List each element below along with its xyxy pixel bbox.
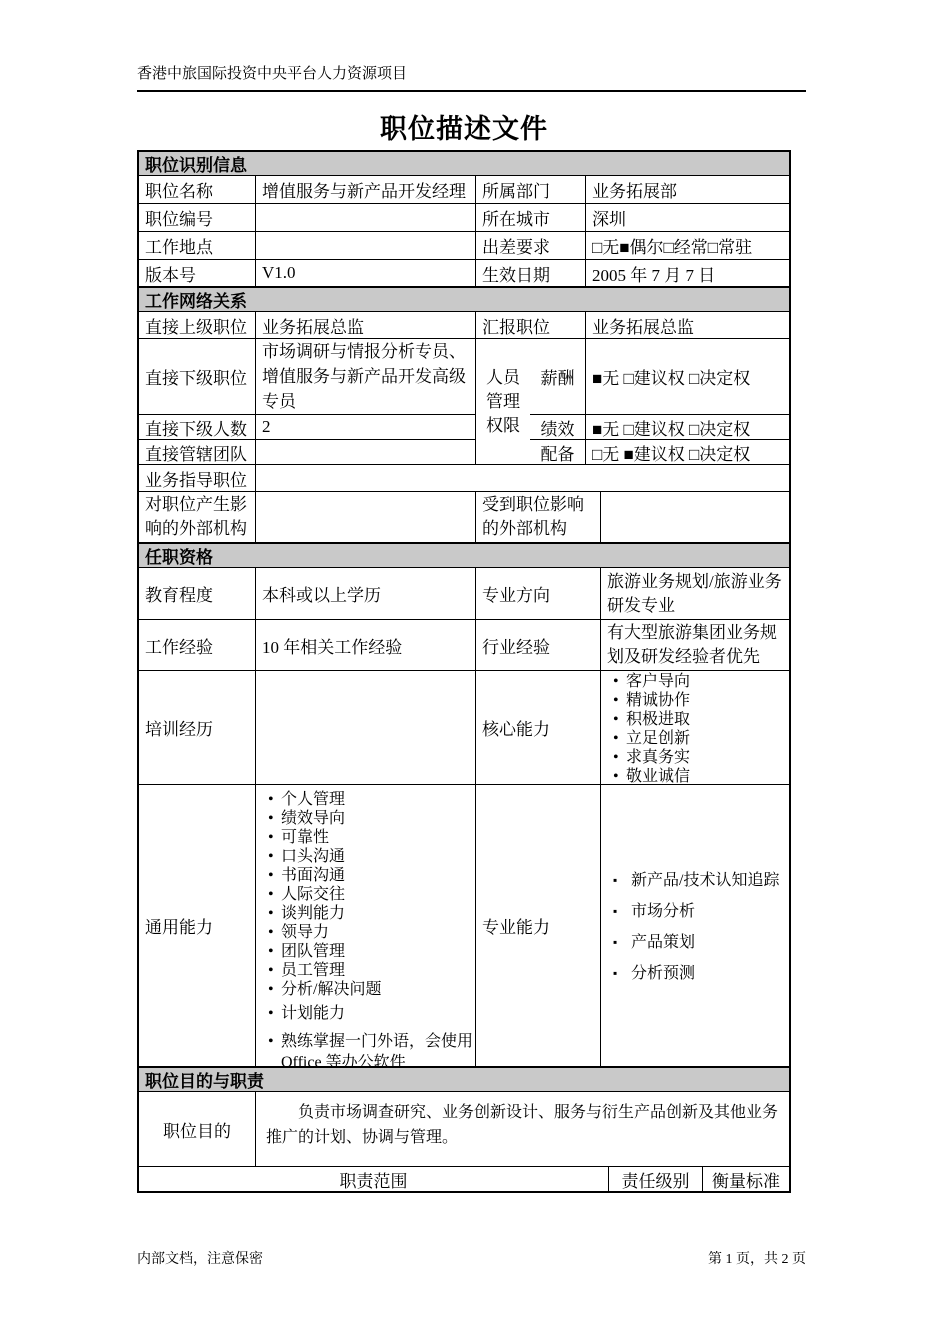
list-item: 新产品/技术认知追踪 xyxy=(611,865,787,896)
list-item: 谈判能力 xyxy=(266,904,473,923)
list-item: 产品策划 xyxy=(611,927,787,958)
table-row-guidance-position: 业务指导职位 xyxy=(139,464,789,491)
list-item: 分析/解决问题 xyxy=(266,980,473,999)
field-label-department: 所属部门 xyxy=(475,176,585,203)
field-value-work-experience: 10 年相关工作经验 xyxy=(255,620,475,670)
field-label-position-purpose: 职位目的 xyxy=(139,1092,255,1166)
table-row-position-purpose: 职位目的 负责市场调查研究、业务创新设计、服务与衍生产品创新及其他业务推广的计划… xyxy=(139,1091,789,1166)
field-label-influenced-external-orgs: 受到职位影响的外部机构 xyxy=(475,492,600,542)
sub-row-subordinate-positions: 直接下级职位 市场调研与情报分析专员、增值服务与新产品开发高级专员 xyxy=(139,339,475,414)
list-item: 员工管理 xyxy=(266,961,473,980)
table-row-work-experience: 工作经验 10 年相关工作经验 行业经验 有大型旅游集团业务规划及研发经验者优先 xyxy=(139,619,789,670)
field-label-performance: 绩效 xyxy=(530,415,585,439)
job-description-table: 职位识别信息 职位名称 增值服务与新产品开发经理 所属部门 业务拓展部 职位编号… xyxy=(137,150,791,1193)
field-label-supervisor: 直接上级职位 xyxy=(139,312,255,338)
field-value-position-purpose: 负责市场调查研究、业务创新设计、服务与衍生产品创新及其他业务推广的计划、协调与管… xyxy=(255,1092,789,1166)
document-page: { "page": { "header": "香港中旅国际投资中央平台人力资源项… xyxy=(0,0,950,1344)
table-row-education: 教育程度 本科或以上学历 专业方向 旅游业务规划/旅游业务研发专业 xyxy=(139,567,789,619)
field-value-guidance-position xyxy=(255,465,789,491)
field-value-effective-date: 2005 年 7 月 7 日 xyxy=(585,260,789,286)
field-value-influencing-external-orgs xyxy=(255,492,475,542)
field-label-general-ability: 通用能力 xyxy=(139,785,255,1066)
field-label-work-location: 工作地点 xyxy=(139,232,255,259)
list-item: 客户导向 xyxy=(611,672,787,691)
field-label-managed-team: 直接管辖团队 xyxy=(139,440,255,464)
field-value-major: 旅游业务规划/旅游业务研发专业 xyxy=(600,568,789,619)
hr-authority-column-group: 薪酬 ■无 □建议权 □决定权 绩效 ■无 □建议权 □决定权 配备 □无 ■建… xyxy=(530,339,789,464)
field-value-education: 本科或以上学历 xyxy=(255,568,475,619)
field-label-position-name: 职位名称 xyxy=(139,176,255,203)
field-label-subordinate-count: 直接下级人数 xyxy=(139,415,255,439)
list-item: 熟练掌握一门外语，会使用 Office 等办公软件 xyxy=(266,1031,473,1066)
table-row-version: 版本号 V1.0 生效日期 2005 年 7 月 7 日 xyxy=(139,259,789,286)
list-item: 团队管理 xyxy=(266,942,473,961)
sub-row-subordinate-count: 直接下级人数 2 xyxy=(139,414,475,439)
list-item: 市场分析 xyxy=(611,896,787,927)
field-label-major: 专业方向 xyxy=(475,568,600,619)
list-item: 计划能力 xyxy=(266,1004,473,1023)
column-header-measurement-standard: 衡量标准 xyxy=(702,1167,789,1191)
field-label-report-to: 汇报职位 xyxy=(475,312,585,338)
page-header: 香港中旅国际投资中央平台人力资源项目 xyxy=(137,62,806,92)
field-value-subordinate-count: 2 xyxy=(255,415,475,439)
list-item: 领导力 xyxy=(266,923,473,942)
section-header-work-network: 工作网络关系 xyxy=(139,286,789,311)
field-label-effective-date: 生效日期 xyxy=(475,260,585,286)
field-value-version: V1.0 xyxy=(255,260,475,286)
field-value-subordinate-positions: 市场调研与情报分析专员、增值服务与新产品开发高级专员 xyxy=(255,339,475,414)
field-value-core-competency: 客户导向精诚协作积极进取立足创新求真务实敬业诚信 xyxy=(600,671,789,784)
subordinates-column-group: 直接下级职位 市场调研与情报分析专员、增值服务与新产品开发高级专员 直接下级人数… xyxy=(139,339,475,464)
field-value-department: 业务拓展部 xyxy=(585,176,789,203)
sub-row-salary-authority: 薪酬 ■无 □建议权 □决定权 xyxy=(530,339,789,414)
field-label-influencing-external-orgs: 对职位产生影响的外部机构 xyxy=(139,492,255,542)
table-row-external-organizations: 对职位产生影响的外部机构 受到职位影响的外部机构 xyxy=(139,491,789,542)
list-item: 立足创新 xyxy=(611,729,787,748)
list-item: 精诚协作 xyxy=(611,691,787,710)
field-label-hr-authority: 人员管理权限 xyxy=(475,339,530,464)
field-label-version: 版本号 xyxy=(139,260,255,286)
footer-confidentiality-note: 内部文档，注意保密 xyxy=(137,1248,263,1268)
sub-row-staffing-authority: 配备 □无 ■建议权 □决定权 xyxy=(530,439,789,464)
field-value-city: 深圳 xyxy=(585,204,789,231)
table-row-position-code: 职位编号 所在城市 深圳 xyxy=(139,203,789,231)
field-value-travel-requirement-checkboxes: □无■偶尔□经常□常驻 xyxy=(585,232,789,259)
field-value-position-name: 增值服务与新产品开发经理 xyxy=(255,176,475,203)
list-item: 绩效导向 xyxy=(266,809,473,828)
field-value-performance-checkboxes: ■无 □建议权 □决定权 xyxy=(585,415,789,439)
field-label-core-competency: 核心能力 xyxy=(475,671,600,784)
field-value-professional-ability: 新产品/技术认知追踪市场分析产品策划分析预测 xyxy=(600,785,789,1066)
section-header-identification: 职位识别信息 xyxy=(139,152,789,175)
list-item: 求真务实 xyxy=(611,748,787,767)
sub-row-performance-authority: 绩效 ■无 □建议权 □决定权 xyxy=(530,414,789,439)
section-header-purpose-duties: 职位目的与职责 xyxy=(139,1066,789,1091)
list-item: 书面沟通 xyxy=(266,866,473,885)
list-item: 分析预测 xyxy=(611,958,787,989)
field-label-travel-requirement: 出差要求 xyxy=(475,232,585,259)
field-value-staffing-checkboxes: □无 ■建议权 □决定权 xyxy=(585,440,789,464)
field-label-guidance-position: 业务指导职位 xyxy=(139,465,255,491)
field-value-report-to: 业务拓展总监 xyxy=(585,312,789,338)
section-header-qualification: 任职资格 xyxy=(139,542,789,567)
field-value-supervisor: 业务拓展总监 xyxy=(255,312,475,338)
list-item: 口头沟通 xyxy=(266,847,473,866)
field-value-general-ability: 个人管理绩效导向可靠性口头沟通书面沟通人际交往谈判能力领导力团队管理员工管理分析… xyxy=(255,785,475,1066)
footer-page-number: 第 1 页，共 2 页 xyxy=(708,1248,806,1268)
field-value-work-location xyxy=(255,232,475,259)
field-label-industry-experience: 行业经验 xyxy=(475,620,600,670)
sub-row-managed-team: 直接管辖团队 xyxy=(139,439,475,464)
field-label-salary: 薪酬 xyxy=(530,339,585,414)
field-label-work-experience: 工作经验 xyxy=(139,620,255,670)
list-item: 人际交往 xyxy=(266,885,473,904)
table-row-supervisor: 直接上级职位 业务拓展总监 汇报职位 业务拓展总监 xyxy=(139,311,789,338)
field-value-position-code xyxy=(255,204,475,231)
field-label-city: 所在城市 xyxy=(475,204,585,231)
list-item: 可靠性 xyxy=(266,828,473,847)
field-label-training: 培训经历 xyxy=(139,671,255,784)
field-label-professional-ability: 专业能力 xyxy=(475,785,600,1066)
table-row-work-location: 工作地点 出差要求 □无■偶尔□经常□常驻 xyxy=(139,231,789,259)
table-row-training-core-competency: 培训经历 核心能力 客户导向精诚协作积极进取立足创新求真务实敬业诚信 xyxy=(139,670,789,784)
field-value-salary-checkboxes: ■无 □建议权 □决定权 xyxy=(585,339,789,414)
list-item: 敬业诚信 xyxy=(611,767,787,784)
field-label-subordinate-positions: 直接下级职位 xyxy=(139,339,255,414)
list-item: 个人管理 xyxy=(266,790,473,809)
field-label-position-code: 职位编号 xyxy=(139,204,255,231)
table-row-position-name: 职位名称 增值服务与新产品开发经理 所属部门 业务拓展部 xyxy=(139,175,789,203)
list-item: 积极进取 xyxy=(611,710,787,729)
field-value-industry-experience: 有大型旅游集团业务规划及研发经验者优先 xyxy=(600,620,789,670)
field-value-influenced-external-orgs xyxy=(600,492,789,542)
column-header-duty-scope: 职责范围 xyxy=(139,1167,608,1191)
core-competency-list: 客户导向精诚协作积极进取立足创新求真务实敬业诚信 xyxy=(601,671,789,784)
field-label-staffing: 配备 xyxy=(530,440,585,464)
general-ability-list: 个人管理绩效导向可靠性口头沟通书面沟通人际交往谈判能力领导力团队管理员工管理分析… xyxy=(256,785,475,1066)
field-label-education: 教育程度 xyxy=(139,568,255,619)
table-row-duty-column-headers: 职责范围 责任级别 衡量标准 xyxy=(139,1166,789,1191)
table-row-subordinates-authority: 直接下级职位 市场调研与情报分析专员、增值服务与新产品开发高级专员 直接下级人数… xyxy=(139,338,789,464)
field-value-managed-team xyxy=(255,440,475,464)
page-title: 职位描述文件 xyxy=(137,107,791,146)
professional-ability-list: 新产品/技术认知追踪市场分析产品策划分析预测 xyxy=(601,860,789,991)
table-row-abilities: 通用能力 个人管理绩效导向可靠性口头沟通书面沟通人际交往谈判能力领导力团队管理员… xyxy=(139,784,789,1066)
field-value-training xyxy=(255,671,475,784)
column-header-responsibility-level: 责任级别 xyxy=(608,1167,702,1191)
